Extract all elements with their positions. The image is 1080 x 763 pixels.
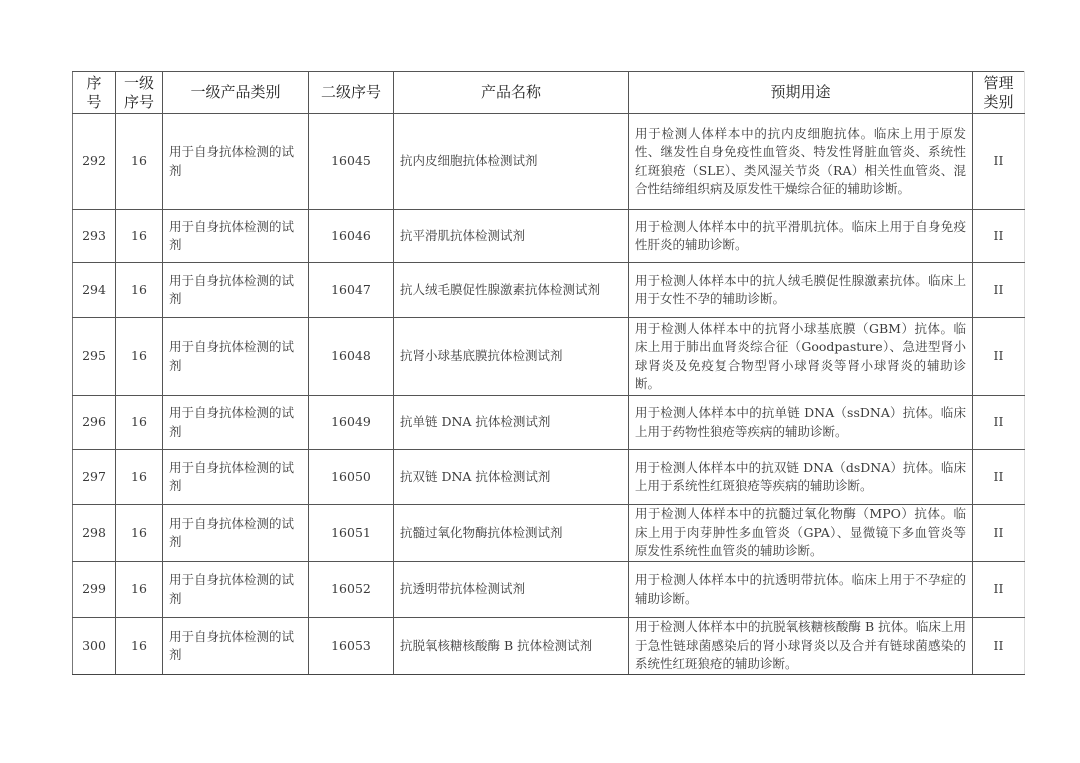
cell-level1-category: 用于自身抗体检测的试剂 — [163, 263, 309, 318]
cell-intended-use: 用于检测人体样本中的抗脱氧核糖核酸酶 B 抗体。临床上用于急性链球菌感染后的肾小… — [629, 618, 973, 675]
cell-intended-use: 用于检测人体样本中的抗内皮细胞抗体。临床上用于原发性、继发性自身免疫性血管炎、特… — [629, 114, 973, 210]
cell-level1-category: 用于自身抗体检测的试剂 — [163, 450, 309, 505]
table-row: 298 16 用于自身抗体检测的试剂 16051 抗髓过氧化物酶抗体检测试剂 用… — [73, 505, 1025, 562]
table-row: 294 16 用于自身抗体检测的试剂 16047 抗人绒毛膜促性腺激素抗体检测试… — [73, 263, 1025, 318]
cell-seq: 298 — [73, 505, 116, 562]
cell-level2-seq: 16046 — [309, 210, 394, 263]
table-row: 295 16 用于自身抗体检测的试剂 16048 抗肾小球基底膜抗体检测试剂 用… — [73, 318, 1025, 396]
cell-level1-seq: 16 — [116, 263, 163, 318]
cell-level1-category: 用于自身抗体检测的试剂 — [163, 562, 309, 618]
cell-management-class: II — [973, 263, 1025, 318]
cell-management-class: II — [973, 318, 1025, 396]
table-row: 292 16 用于自身抗体检测的试剂 16045 抗内皮细胞抗体检测试剂 用于检… — [73, 114, 1025, 210]
cell-level2-seq: 16052 — [309, 562, 394, 618]
cell-level2-seq: 16051 — [309, 505, 394, 562]
cell-level1-category: 用于自身抗体检测的试剂 — [163, 114, 309, 210]
cell-level1-seq: 16 — [116, 562, 163, 618]
cell-level2-seq: 16049 — [309, 396, 394, 450]
cell-level2-seq: 16047 — [309, 263, 394, 318]
cell-product-name: 抗髓过氧化物酶抗体检测试剂 — [394, 505, 629, 562]
cell-intended-use: 用于检测人体样本中的抗肾小球基底膜（GBM）抗体。临床上用于肺出血肾炎综合征（G… — [629, 318, 973, 396]
cell-seq: 300 — [73, 618, 116, 675]
cell-level1-seq: 16 — [116, 450, 163, 505]
table-row: 299 16 用于自身抗体检测的试剂 16052 抗透明带抗体检测试剂 用于检测… — [73, 562, 1025, 618]
cell-product-name: 抗透明带抗体检测试剂 — [394, 562, 629, 618]
cell-intended-use: 用于检测人体样本中的抗人绒毛膜促性腺激素抗体。临床上用于女性不孕的辅助诊断。 — [629, 263, 973, 318]
cell-intended-use: 用于检测人体样本中的抗单链 DNA（ssDNA）抗体。临床上用于药物性狼疮等疾病… — [629, 396, 973, 450]
table-row: 297 16 用于自身抗体检测的试剂 16050 抗双链 DNA 抗体检测试剂 … — [73, 450, 1025, 505]
header-product-name: 产品名称 — [394, 72, 629, 114]
header-intended-use: 预期用途 — [629, 72, 973, 114]
cell-seq: 296 — [73, 396, 116, 450]
header-seq: 序号 — [73, 72, 116, 114]
cell-product-name: 抗脱氧核糖核酸酶 B 抗体检测试剂 — [394, 618, 629, 675]
cell-management-class: II — [973, 210, 1025, 263]
cell-product-name: 抗人绒毛膜促性腺激素抗体检测试剂 — [394, 263, 629, 318]
cell-level1-seq: 16 — [116, 505, 163, 562]
table-row: 293 16 用于自身抗体检测的试剂 16046 抗平滑肌抗体检测试剂 用于检测… — [73, 210, 1025, 263]
cell-product-name: 抗内皮细胞抗体检测试剂 — [394, 114, 629, 210]
cell-level2-seq: 16053 — [309, 618, 394, 675]
cell-management-class: II — [973, 450, 1025, 505]
cell-product-name: 抗平滑肌抗体检测试剂 — [394, 210, 629, 263]
cell-management-class: II — [973, 114, 1025, 210]
cell-management-class: II — [973, 396, 1025, 450]
cell-product-name: 抗单链 DNA 抗体检测试剂 — [394, 396, 629, 450]
table-row: 300 16 用于自身抗体检测的试剂 16053 抗脱氧核糖核酸酶 B 抗体检测… — [73, 618, 1025, 675]
cell-level1-seq: 16 — [116, 396, 163, 450]
header-level2-seq: 二级序号 — [309, 72, 394, 114]
cell-seq: 299 — [73, 562, 116, 618]
product-classification-table: 序号 一级序号 一级产品类别 二级序号 产品名称 预期用途 管理类别 292 1… — [72, 71, 1025, 675]
cell-seq: 292 — [73, 114, 116, 210]
cell-product-name: 抗双链 DNA 抗体检测试剂 — [394, 450, 629, 505]
cell-level1-category: 用于自身抗体检测的试剂 — [163, 318, 309, 396]
cell-level1-seq: 16 — [116, 318, 163, 396]
cell-seq: 295 — [73, 318, 116, 396]
cell-seq: 297 — [73, 450, 116, 505]
header-management-class: 管理类别 — [973, 72, 1025, 114]
cell-level1-seq: 16 — [116, 618, 163, 675]
header-level1-seq: 一级序号 — [116, 72, 163, 114]
cell-level2-seq: 16045 — [309, 114, 394, 210]
cell-level1-category: 用于自身抗体检测的试剂 — [163, 618, 309, 675]
cell-intended-use: 用于检测人体样本中的抗透明带抗体。临床上用于不孕症的辅助诊断。 — [629, 562, 973, 618]
header-level1-category: 一级产品类别 — [163, 72, 309, 114]
cell-level2-seq: 16050 — [309, 450, 394, 505]
cell-management-class: II — [973, 618, 1025, 675]
cell-intended-use: 用于检测人体样本中的抗平滑肌抗体。临床上用于自身免疫性肝炎的辅助诊断。 — [629, 210, 973, 263]
table-header-row: 序号 一级序号 一级产品类别 二级序号 产品名称 预期用途 管理类别 — [73, 72, 1025, 114]
cell-product-name: 抗肾小球基底膜抗体检测试剂 — [394, 318, 629, 396]
cell-level1-category: 用于自身抗体检测的试剂 — [163, 505, 309, 562]
cell-level1-category: 用于自身抗体检测的试剂 — [163, 396, 309, 450]
cell-seq: 293 — [73, 210, 116, 263]
cell-seq: 294 — [73, 263, 116, 318]
cell-management-class: II — [973, 505, 1025, 562]
cell-level2-seq: 16048 — [309, 318, 394, 396]
cell-level1-seq: 16 — [116, 210, 163, 263]
cell-level1-seq: 16 — [116, 114, 163, 210]
cell-intended-use: 用于检测人体样本中的抗髓过氧化物酶（MPO）抗体。临床上用于肉芽肿性多血管炎（G… — [629, 505, 973, 562]
cell-level1-category: 用于自身抗体检测的试剂 — [163, 210, 309, 263]
cell-intended-use: 用于检测人体样本中的抗双链 DNA（dsDNA）抗体。临床上用于系统性红斑狼疮等… — [629, 450, 973, 505]
table-row: 296 16 用于自身抗体检测的试剂 16049 抗单链 DNA 抗体检测试剂 … — [73, 396, 1025, 450]
cell-management-class: II — [973, 562, 1025, 618]
